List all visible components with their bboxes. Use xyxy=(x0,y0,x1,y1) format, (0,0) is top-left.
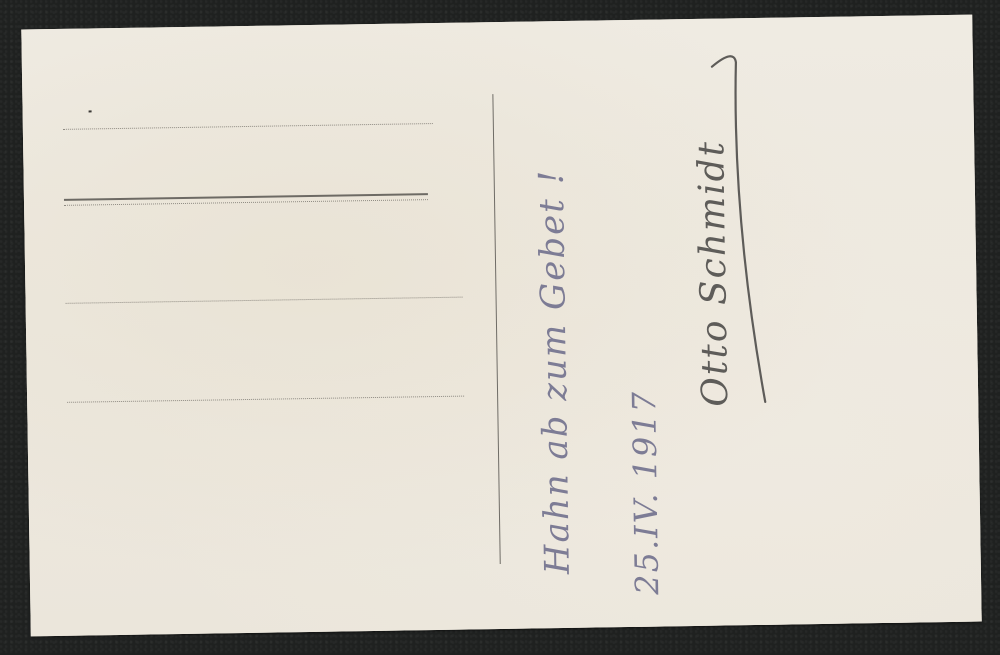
ink-speck xyxy=(89,110,92,112)
postcard: Hahn ab zum Gebet ! 25.IV. 1917 Otto Sch… xyxy=(21,15,981,637)
handwritten-signature: Otto Schmidt xyxy=(691,140,736,407)
address-line-1 xyxy=(63,123,433,130)
signature-flourish xyxy=(21,15,981,637)
address-line-2-dotted xyxy=(64,199,428,206)
address-line-4 xyxy=(67,396,464,403)
center-divider xyxy=(492,94,500,564)
address-line-3 xyxy=(66,297,463,304)
handwritten-greeting: Hahn ab zum Gebet ! xyxy=(532,168,578,574)
handwritten-date: 25.IV. 1917 xyxy=(625,390,666,595)
